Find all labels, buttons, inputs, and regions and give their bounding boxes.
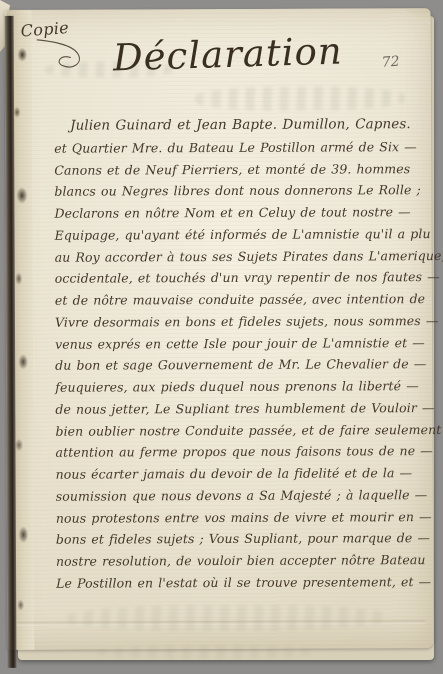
manuscript-line: blancs ou Negres libres dont nous donner… [54, 179, 430, 202]
manuscript-line: bien oublier nostre Conduite passée, et … [55, 419, 431, 442]
fold-crease [17, 620, 425, 626]
manuscript-line: Declarons en nôtre Nom et en Celuy de to… [54, 201, 430, 224]
manuscript-line: attention au ferme propos que nous faiso… [55, 440, 431, 463]
document-title: Déclaration [82, 29, 373, 81]
manuscript-line: et de nôtre mauvaise conduite passée, av… [55, 288, 431, 311]
manuscript-line: feuquieres, aux pieds duquel nous prenon… [55, 375, 431, 398]
manuscript-page: Copie Déclaration 72 Julien Guinard et J… [5, 8, 434, 650]
ink-bleedthrough [195, 86, 405, 111]
ink-bleedthrough [67, 604, 387, 631]
declaration-body: Julien Guinard et Jean Bapte. Dumillon, … [54, 114, 432, 594]
manuscript-line: de nous jetter, Le Supliant tres humblem… [55, 397, 431, 420]
manuscript-line: du bon et sage Gouvernement de Mr. Le Ch… [55, 353, 431, 376]
manuscript-line: bons et fideles sujets ; Vous Supliant, … [56, 527, 432, 550]
manuscript-line: venus exprés en cette Isle pour jouir de… [55, 332, 431, 355]
manuscript-line: et Quartier Mre. du Bateau Le Postillon … [54, 136, 430, 159]
manuscript-line: au Roy accorder à tous ses Sujets Pirate… [55, 245, 431, 268]
manuscript-line: nostre resolution, de vouloir bien accep… [56, 549, 432, 572]
manuscript-line: Le Postillon en l'estat où il se trouve … [56, 571, 432, 594]
folded-corner [403, 8, 431, 25]
manuscript-line: occidentale, et touchés d'un vray repent… [55, 266, 431, 289]
manuscript-line: nous écarter jamais du devoir de la fide… [56, 462, 432, 485]
manuscript-line: Vivre desormais en bons et fideles sujet… [55, 310, 431, 333]
manuscript-line: Canons et de Neuf Pierriers, et monté de… [54, 158, 430, 181]
manuscript-line: Equipage, qu'ayant été informés de L'amn… [55, 223, 431, 246]
manuscript-line: Julien Guinard et Jean Bapte. Dumillon, … [54, 114, 430, 137]
manuscript-line: nous protestons entre vos mains de vivre… [56, 506, 432, 529]
manuscript-photo: Copie Déclaration 72 Julien Guinard et J… [0, 0, 443, 674]
folio-number: 72 [381, 54, 400, 71]
manuscript-line: soumission que nous devons a Sa Majesté … [56, 484, 432, 507]
